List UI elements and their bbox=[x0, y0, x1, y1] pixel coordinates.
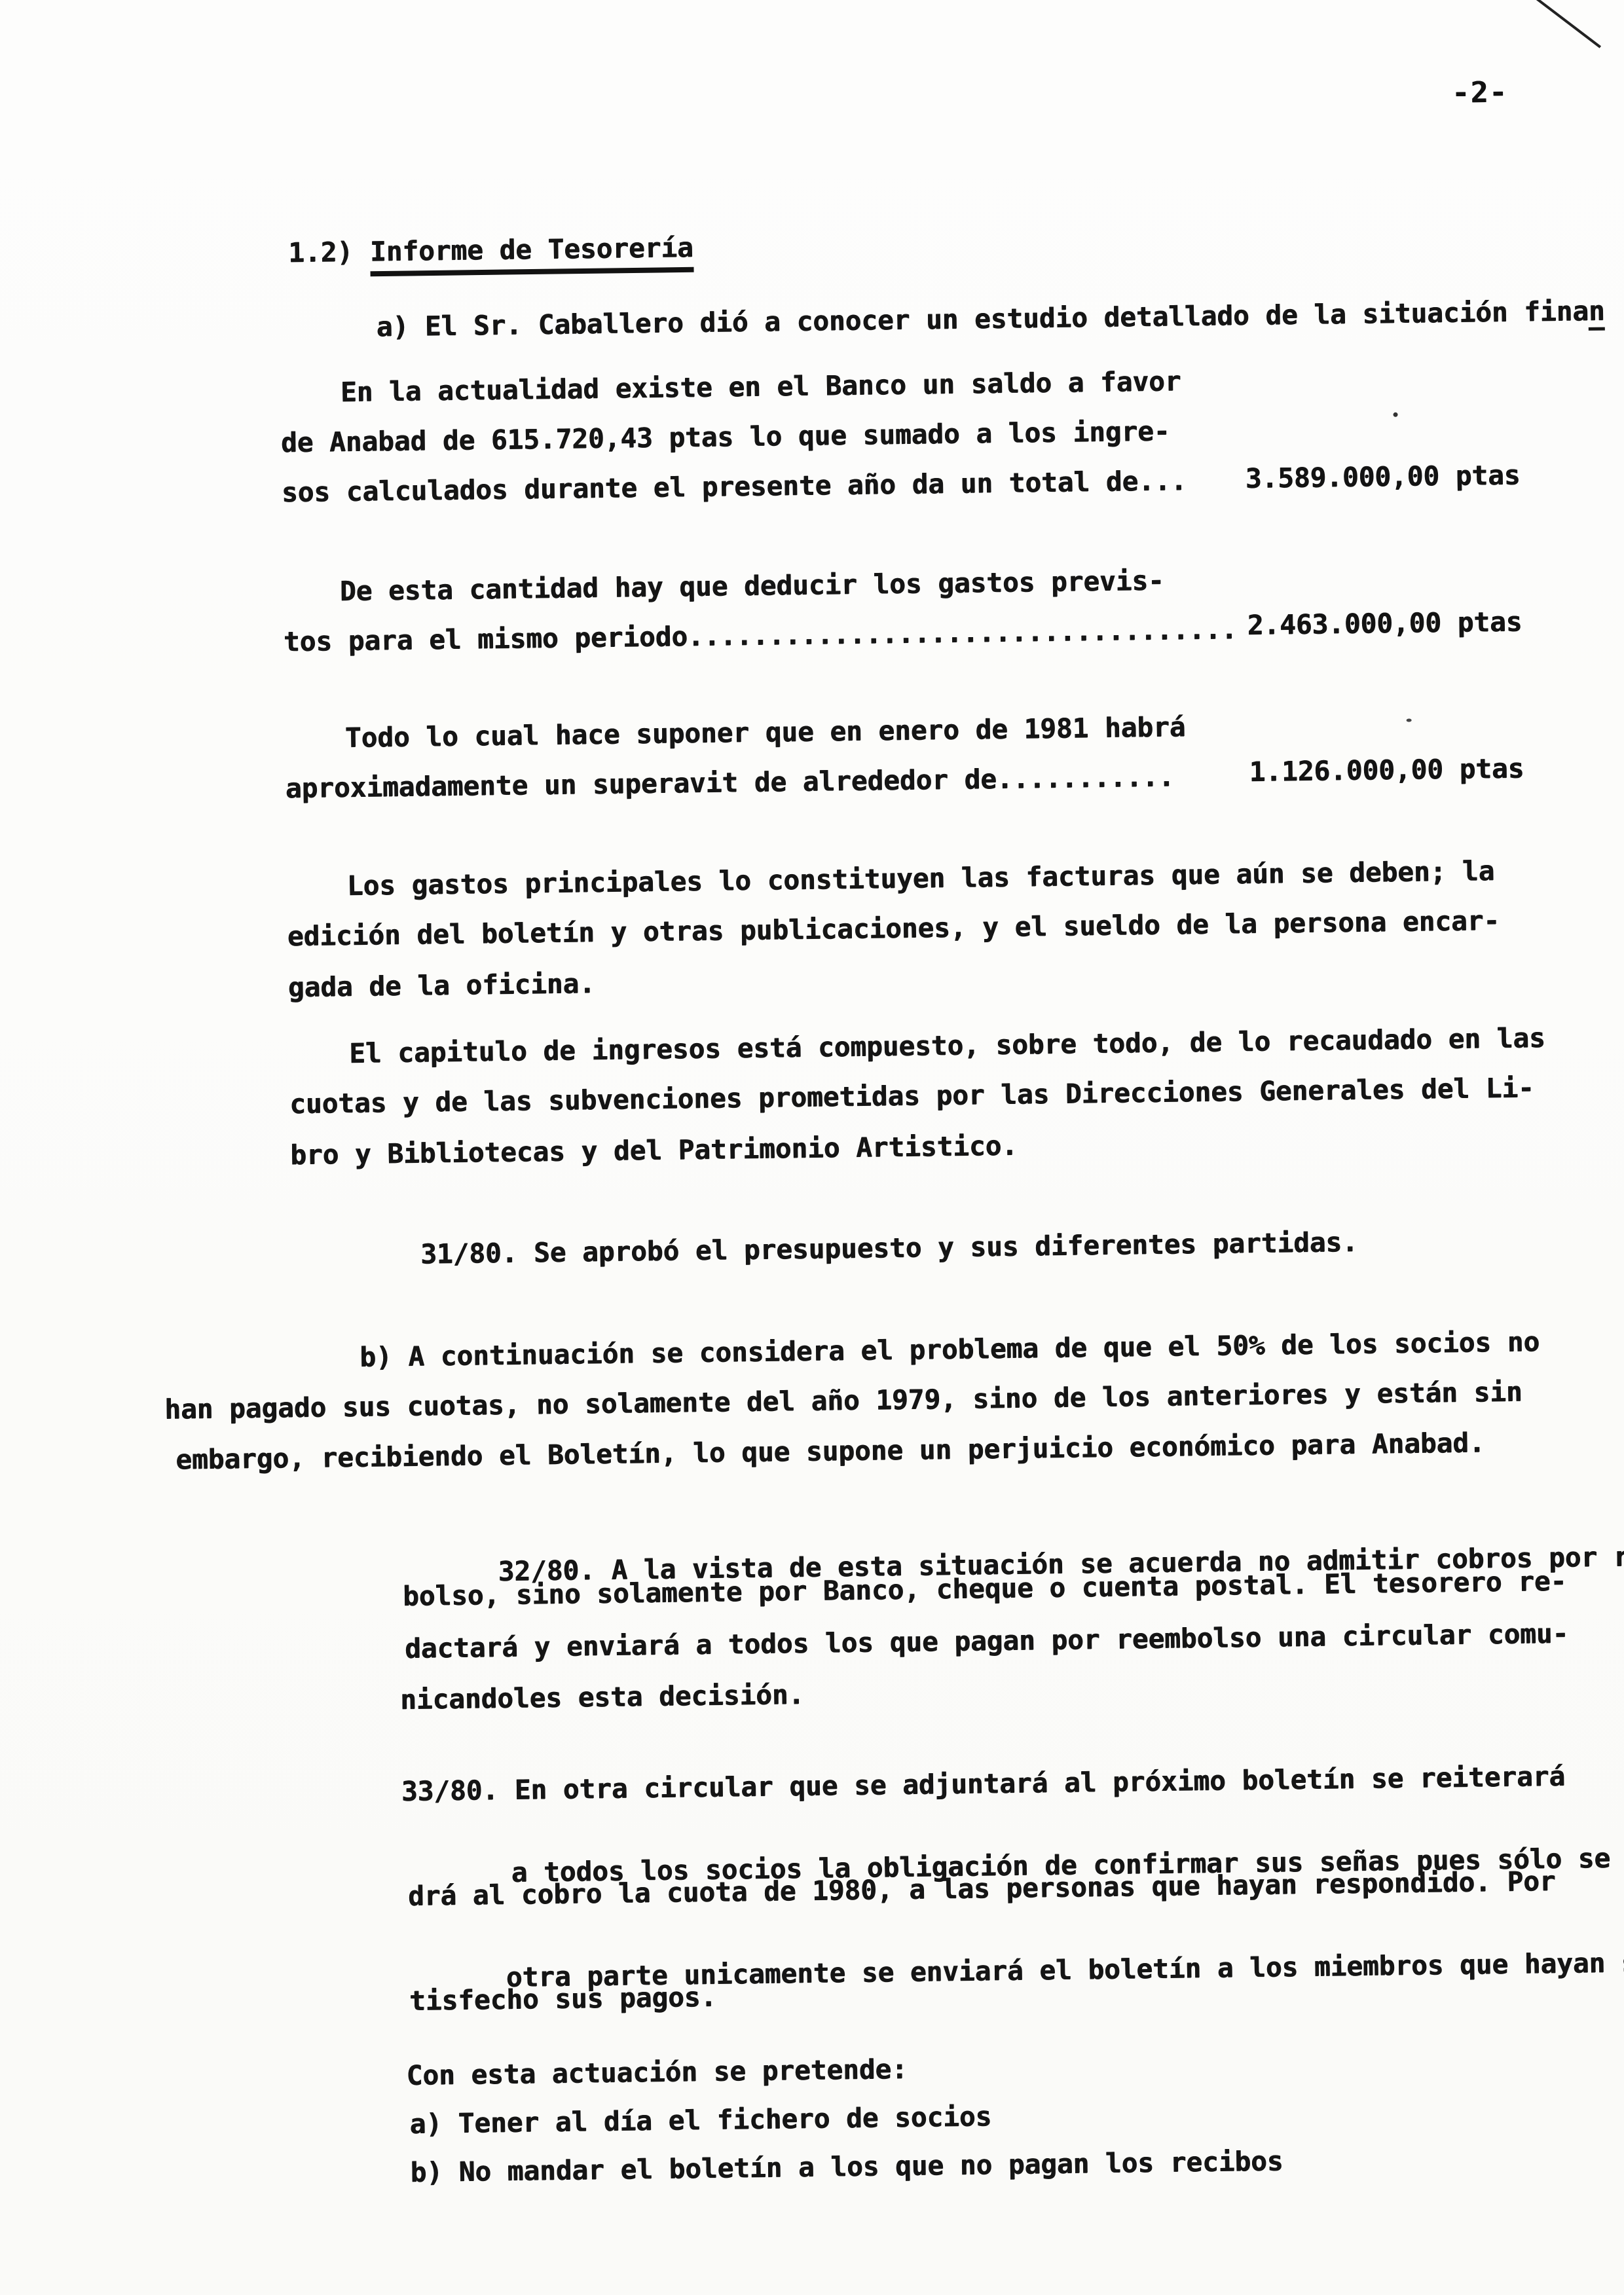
amount-value: 2.463.000,00 ptas bbox=[1247, 606, 1522, 640]
resolution-31-line: 31/80. Se aprobó el presupuesto y sus di… bbox=[420, 1228, 1358, 1270]
text-segment: a) El Sr. Caballero dió a conocer un est… bbox=[376, 295, 1589, 342]
text-line: Todo lo cual hace suponer que en enero d… bbox=[345, 712, 1186, 754]
text-line: El capitulo de ingresos está compuesto, … bbox=[349, 1023, 1545, 1069]
closing-intro-line: Con esta actuación se pretende: bbox=[406, 2055, 908, 2091]
text-line: Los gastos principales lo constituyen la… bbox=[347, 856, 1495, 902]
scan-speck bbox=[1393, 413, 1397, 417]
closing-item-b: b) No mandar el boletín a los que no pag… bbox=[410, 2146, 1283, 2188]
text-line: bro y Bibliotecas y del Patrimonio Artis… bbox=[290, 1131, 1018, 1170]
scan-scratch-mark bbox=[1533, 0, 1601, 48]
section-number: 1.2) bbox=[288, 236, 370, 268]
section-title: Informe de Tesorería bbox=[370, 232, 693, 276]
amount-value: 3.589.000,00 ptas bbox=[1245, 459, 1520, 494]
text-line: b) A continuación se considera el proble… bbox=[360, 1327, 1540, 1372]
resolution-33-line: 33/80. En otra circular que se adjuntará… bbox=[401, 1762, 1566, 1807]
text-line: De esta cantidad hay que deducir los gas… bbox=[340, 566, 1164, 606]
document-page: -2- 1.2)Informe de Tesorería a) El Sr. C… bbox=[0, 0, 1624, 2295]
text-line: embargo, recibiendo el Boletín, lo que s… bbox=[175, 1428, 1485, 1475]
text-line: sos calculados durante el presente año d… bbox=[282, 466, 1187, 508]
text-line: En la actualidad existe en el Banco un s… bbox=[341, 367, 1181, 408]
scanned-sheet: -2- 1.2)Informe de Tesorería a) El Sr. C… bbox=[0, 0, 1624, 2295]
text-line: gada de la oficina. bbox=[288, 969, 596, 1003]
page-number: -2- bbox=[1452, 75, 1508, 109]
closing-item-a: a) Tener al día el fichero de socios bbox=[409, 2102, 991, 2140]
text-line: tisfecho sus pagos. bbox=[409, 1983, 717, 2017]
text-line: nicandoles esta decisión. bbox=[400, 1680, 805, 1716]
text-line: tos para el mismo periodo...............… bbox=[284, 615, 1238, 657]
text-line: de Anabad de 615.720,43 ptas lo que suma… bbox=[281, 416, 1170, 458]
text-line: dactará y enviará a todos los que pagan … bbox=[405, 1619, 1569, 1664]
underlined-syllable: n bbox=[1589, 295, 1605, 330]
scan-speck bbox=[1407, 718, 1412, 722]
amount-value: 1.126.000,00 ptas bbox=[1249, 752, 1524, 787]
text-line: aproximadamente un superavit de alrededo… bbox=[286, 762, 1175, 804]
text-line: han pagado sus cuotas, no solamente del … bbox=[164, 1377, 1522, 1425]
paragraph-a-line: a) El Sr. Caballero dió a conocer un est… bbox=[279, 266, 1606, 374]
text-line: edición del boletín y otras publicacione… bbox=[287, 906, 1500, 952]
text-line: cuotas y de las subvenciones prometidas … bbox=[289, 1073, 1534, 1120]
